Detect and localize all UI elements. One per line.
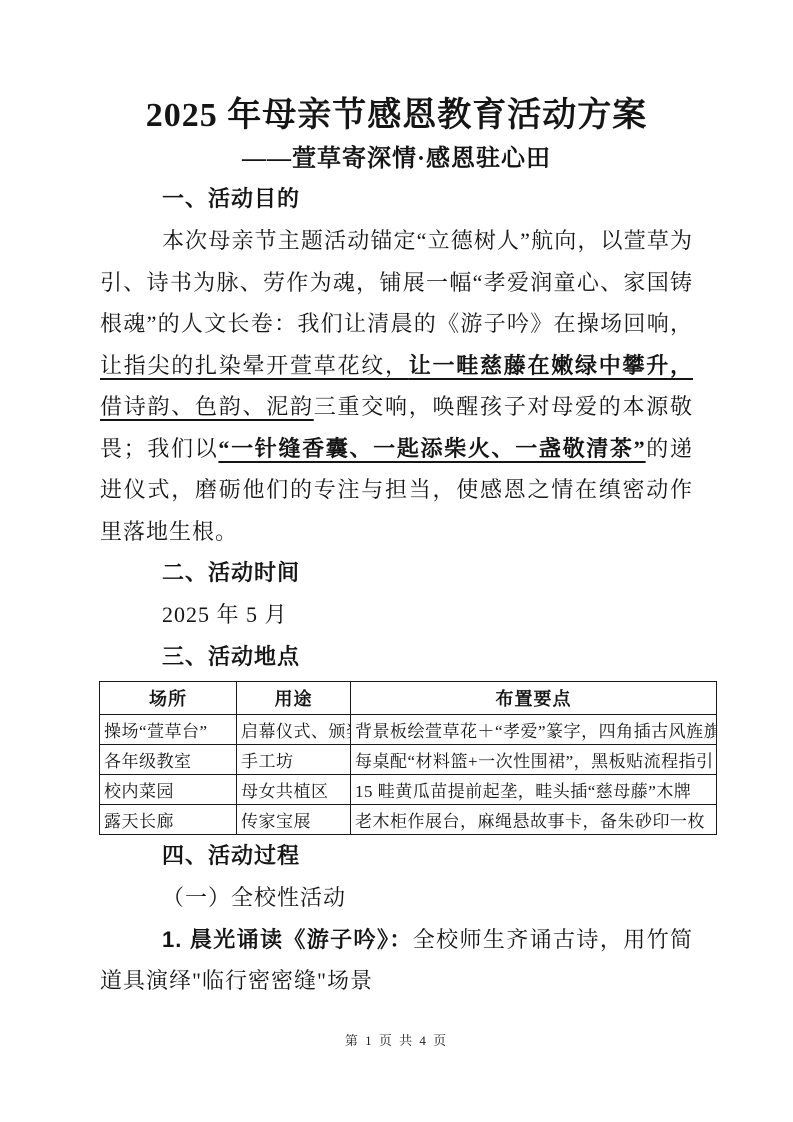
venue-cell-setup: 背景板绘萱草花＋“孝爱”篆字，四角插古风旌旗 — [351, 714, 717, 744]
section-heading-venue: 三、活动地点 — [100, 636, 693, 678]
venue-cell-use: 启幕仪式、颁奖 — [237, 714, 351, 744]
venue-cell-place: 各年级教室 — [100, 744, 237, 774]
intro-segment-6: “一针缝香囊、一匙添柴火、一盏敬清茶” — [218, 436, 645, 461]
intro-segment-1: 本次母亲节主题活动锚定“立德树人”航向，以萱草为引、诗书为脉、劳作为魂，铺展一幅… — [100, 228, 693, 336]
section-heading-purpose: 一、活动目的 — [100, 178, 693, 220]
venue-cell-setup: 每桌配“材料篮+一次性围裙”，黑板贴流程指引 — [351, 744, 717, 774]
process-item-1-lead: 1. 晨光诵读《游子吟》： — [162, 927, 413, 952]
intro-segment-2: 让指尖的扎染晕开萱草花纹， — [100, 353, 409, 378]
venue-header-setup: 布置要点 — [351, 681, 717, 714]
page-footer: 第 1 页 共 4 页 — [0, 1030, 793, 1049]
venue-cell-place: 露天长廊 — [100, 804, 237, 834]
document-page: 2025 年母亲节感恩教育活动方案 ——萱草寄深情·感恩驻心田 一、活动目的 本… — [0, 0, 793, 1122]
time-value: 2025 年 5 月 — [100, 594, 693, 636]
intro-paragraph: 本次母亲节主题活动锚定“立德树人”航向，以萱草为引、诗书为脉、劳作为魂，铺展一幅… — [100, 220, 693, 552]
intro-segment-3: 让一畦慈藤在嫩绿中攀升， — [409, 353, 693, 378]
process-item-1: 1. 晨光诵读《游子吟》：全校师生齐诵古诗，用竹简道具演绎"临行密密缝"场景 — [100, 919, 693, 1002]
venue-table-header-row: 场所 用途 布置要点 — [100, 681, 717, 714]
section-heading-time: 二、活动时间 — [100, 552, 693, 594]
venue-cell-use: 母女共植区 — [237, 774, 351, 804]
section-heading-process: 四、活动过程 — [100, 835, 693, 877]
doc-subtitle: ——萱草寄深情·感恩驻心田 — [100, 140, 693, 178]
venue-table-row: 露天长廊 传家宝展 老木柜作展台，麻绳悬故事卡，备朱砂印一枚 — [100, 804, 717, 834]
venue-cell-setup: 老木柜作展台，麻绳悬故事卡，备朱砂印一枚 — [351, 804, 717, 834]
venue-cell-use: 手工坊 — [237, 744, 351, 774]
venue-table-row: 各年级教室 手工坊 每桌配“材料篮+一次性围裙”，黑板贴流程指引 — [100, 744, 717, 774]
venue-cell-use: 传家宝展 — [237, 804, 351, 834]
document-content: 2025 年母亲节感恩教育活动方案 ——萱草寄深情·感恩驻心田 一、活动目的 本… — [0, 0, 793, 1002]
venue-table: 场所 用途 布置要点 操场“萱草台” 启幕仪式、颁奖 背景板绘萱草花＋“孝爱”篆… — [99, 681, 717, 835]
venue-header-use: 用途 — [237, 681, 351, 714]
subsection-heading-schoolwide: （一）全校性活动 — [100, 877, 693, 919]
venue-cell-place: 校内菜园 — [100, 774, 237, 804]
venue-header-place: 场所 — [100, 681, 237, 714]
venue-table-row: 操场“萱草台” 启幕仪式、颁奖 背景板绘萱草花＋“孝爱”篆字，四角插古风旌旗 — [100, 714, 717, 744]
doc-title: 2025 年母亲节感恩教育活动方案 — [100, 92, 693, 140]
venue-cell-place: 操场“萱草台” — [100, 714, 237, 744]
intro-segment-4: 借诗韵、色韵、泥韵 — [100, 394, 314, 419]
venue-table-row: 校内菜园 母女共植区 15 畦黄瓜苗提前起垄，畦头插“慈母藤”木牌 — [100, 774, 717, 804]
venue-cell-setup: 15 畦黄瓜苗提前起垄，畦头插“慈母藤”木牌 — [351, 774, 717, 804]
